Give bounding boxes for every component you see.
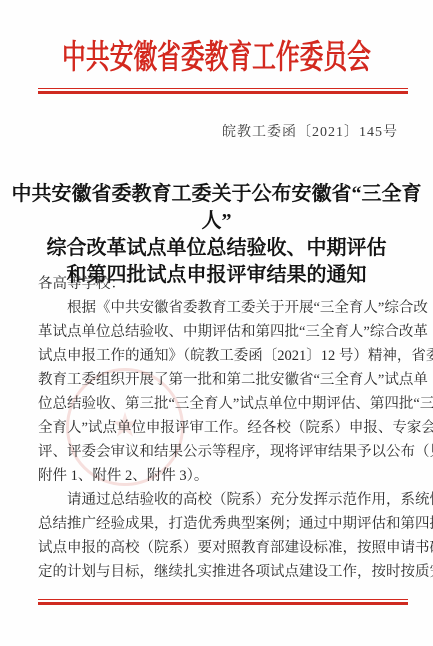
header-rule <box>38 88 408 94</box>
salutation: 各高等学校： <box>38 272 403 296</box>
body-line: 位总结验收、第三批“三全育人”试点单位中期评估、第四批“三 <box>38 392 403 416</box>
footer-rule-thick-line <box>38 602 408 605</box>
document-page: 中共安徽省委教育工作委员会 皖教工委函〔2021〕145号 中共安徽省委教育工委… <box>0 0 433 646</box>
body-line: 试点申报工作的通知》（皖教工委函〔2021〕12 号）精神，省委 <box>38 344 403 368</box>
body-line: 请通过总结验收的高校（院系）充分发挥示范作用，系统性 <box>38 488 403 512</box>
body-line: 根据《中共安徽省委教育工委关于开展“三全育人”综合改 <box>38 296 403 320</box>
doc-number: 皖教工委函〔2021〕145号 <box>222 125 398 141</box>
body-line: 评、评委会审议和结果公示等程序，现将评审结果予以公布（见 <box>38 440 403 464</box>
title-line-2: 综合改革试点单位总结验收、中期评估 <box>0 235 433 262</box>
title-line-1: 中共安徽省委教育工委关于公布安徽省“三全育人” <box>0 181 433 235</box>
body-line: 附件 1、附件 2、附件 3）。 <box>38 464 403 488</box>
letterhead: 中共安徽省委教育工作委员会 <box>0 38 433 78</box>
body-line: 定的计划与目标，继续扎实推进各项试点建设工作，按时按质完 <box>38 560 403 584</box>
header-rule-thick-line <box>38 91 408 94</box>
body-line: 试点申报的高校（院系）要对照教育部建设标准，按照申请书确 <box>38 536 403 560</box>
footer-rule <box>38 599 408 605</box>
body-line: 教育工委组织开展了第一批和第二批安徽省“三全育人”试点单 <box>38 368 403 392</box>
body-line: 总结推广经验成果，打造优秀典型案例；通过中期评估和第四批 <box>38 512 403 536</box>
org-name-title: 中共安徽省委教育工作委员会 <box>62 38 371 78</box>
body-line: 革试点单位总结验收、中期评估和第四批“三全育人”综合改革 <box>38 320 403 344</box>
document-body: 各高等学校： 根据《中共安徽省委教育工委关于开展“三全育人”综合改 革试点单位总… <box>38 272 403 584</box>
body-line: 全育人”试点单位申报评审工作。经各校（院系）申报、专家会 <box>38 416 403 440</box>
